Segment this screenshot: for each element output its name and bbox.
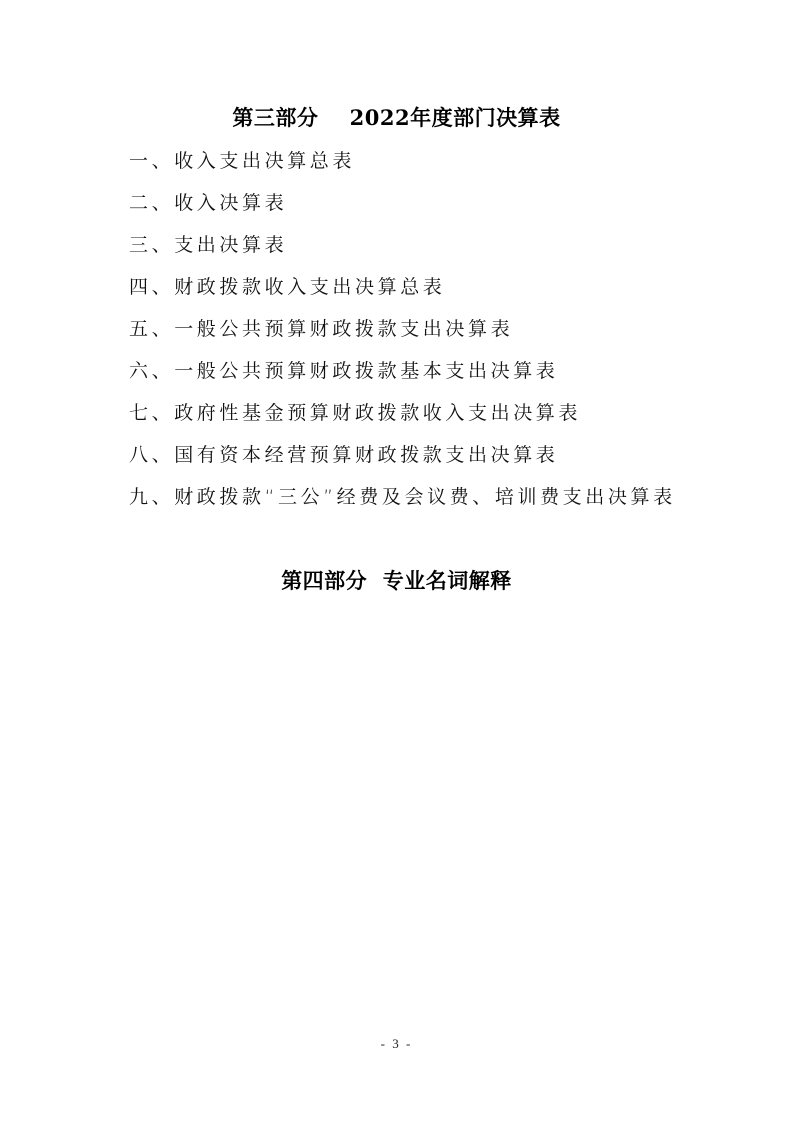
section-title-part-4: 第四部分 专业名词解释 <box>0 565 793 595</box>
page-number: - 3 - <box>0 1036 793 1052</box>
list-item: 四、财政拨款收入支出决算总表 <box>129 271 676 313</box>
list-item: 二、收入决算表 <box>129 187 676 229</box>
list-item: 八、国有资本经营预算财政拨款支出决算表 <box>129 439 676 481</box>
section-title-part-3: 第三部分 2022年度部门决算表 <box>0 102 793 132</box>
list-item: 三、支出决算表 <box>129 229 676 271</box>
table-list: 一、收入支出决算总表 二、收入决算表 三、支出决算表 四、财政拨款收入支出决算总… <box>129 145 676 523</box>
list-item: 一、收入支出决算总表 <box>129 145 676 187</box>
list-item: 五、一般公共预算财政拨款支出决算表 <box>129 313 676 355</box>
list-item: 七、政府性基金预算财政拨款收入支出决算表 <box>129 397 676 439</box>
list-item: 六、一般公共预算财政拨款基本支出决算表 <box>129 355 676 397</box>
document-page: 第三部分 2022年度部门决算表 一、收入支出决算总表 二、收入决算表 三、支出… <box>0 0 793 1122</box>
list-item: 九、财政拨款“三公”经费及会议费、培训费支出决算表 <box>129 481 676 523</box>
